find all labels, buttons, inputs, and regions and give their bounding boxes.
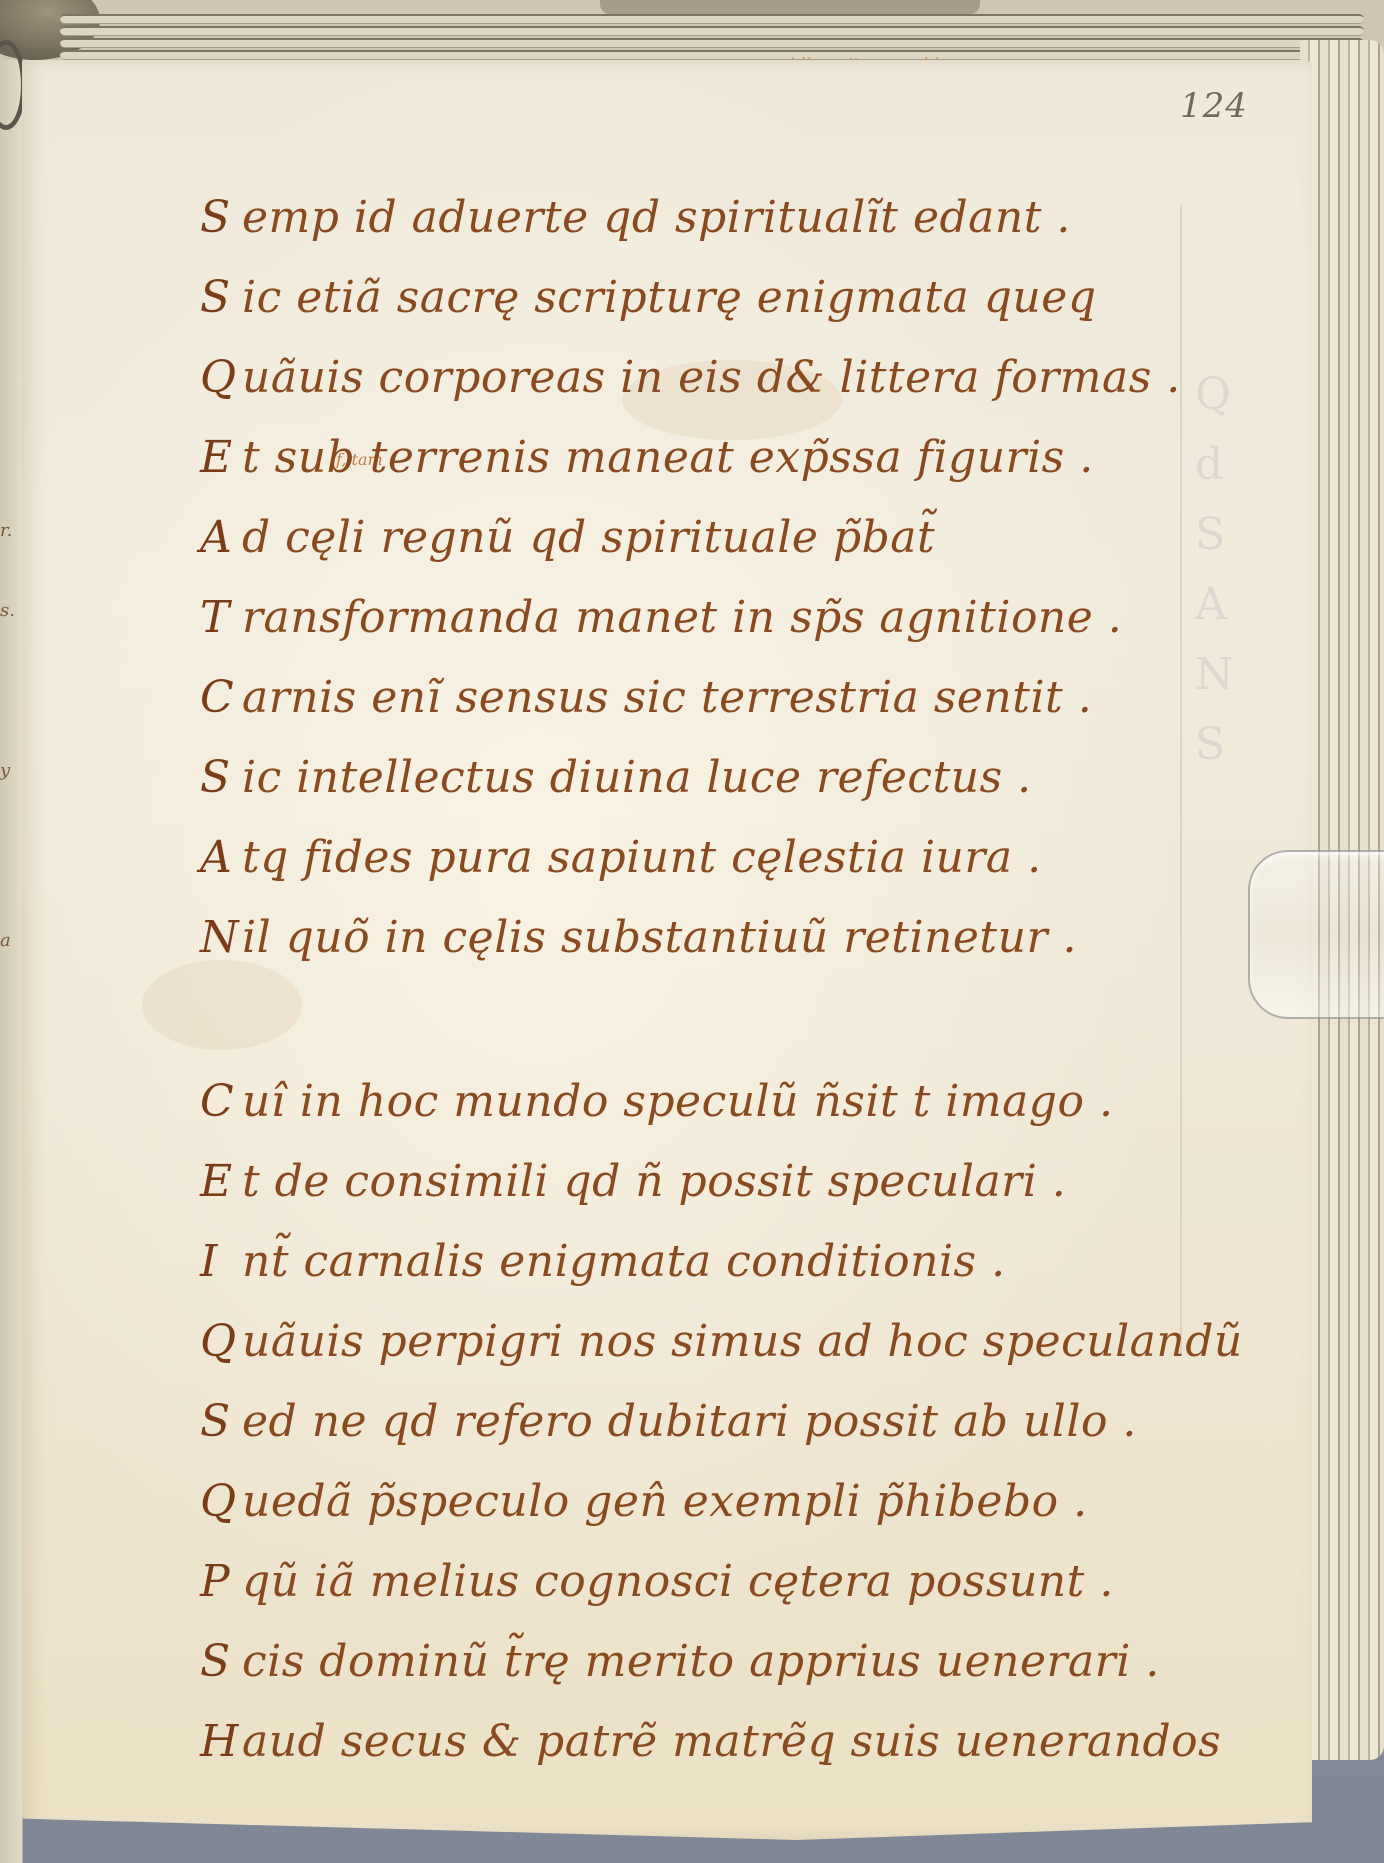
line-text: tq̧ fides pura sapiunt cęlestia iura . [242,832,1042,883]
verse-line: Cuî in hoc mundo speculũ ñsit t imago… [200,1062,1250,1142]
line-initial: Q [200,1302,230,1382]
book-binding: l lber vit sen... vl lep [0,0,1384,70]
line-initial: H [200,1702,230,1782]
line-text: t sub terrenis maneat exp̃ssa figuris . [242,432,1094,483]
line-text: arnis enĩ sensus sic terrestria sentit … [242,672,1092,723]
line-text: t de consimili qd ñ possit speculari . [242,1156,1066,1207]
line-text: ic etiã sacrę scripturę enigmata queq̧ [242,272,1096,323]
verse-line: Nil quõ in cęlis substantiuũ retinetur… [200,898,1250,978]
line-initial: S [200,258,230,338]
line-initial: A [200,498,230,578]
verse-line: Haud secus & patrẽ matrẽq̧ suis uenera… [200,1702,1250,1782]
line-initial: I [200,1222,230,1302]
line-initial: S [200,738,230,818]
line-initial: T [200,578,230,658]
page-clip-tab [1248,850,1384,1019]
line-initial: S [200,1382,230,1462]
line-text: uãuis perpigri nos simus ad hoc specula… [242,1316,1243,1367]
gathering-fold [60,14,1364,24]
verse-line: Sic intellectus diuina luce refectus . [200,738,1250,818]
line-text: d cęli regnũ qd spirituale p̃bat̃ [242,512,935,563]
gathering-fold [60,38,1364,48]
verse-line: Ad cęli regnũ qd spirituale p̃bat̃ [200,498,1250,578]
line-text: uedã p̃speculo gen̂ exempli p̃hibebo . [242,1476,1088,1527]
line-initial: C [200,658,230,738]
binding-thread [600,0,980,14]
verse-line: Carnis enĩ sensus sic terrestria sentit… [200,658,1250,738]
verse-text: Semp id aduerte qd spiritualĩt edant . … [200,178,1250,1782]
line-initial: Q [200,338,230,418]
verse-line: Sic etiã sacrę scripturę enigmata queq̧ [200,258,1250,338]
line-text: il quõ in cęlis substantiuũ retinetur … [242,912,1077,963]
line-initial: S [200,178,230,258]
verse-line: Atq̧ fides pura sapiunt cęlestia iura . [200,818,1250,898]
stanza-break [200,978,1250,1062]
line-initial: A [200,818,230,898]
verse-line: Quãuis perpigri nos simus ad hoc specul… [200,1302,1250,1382]
line-initial: E [200,418,230,498]
line-text: ic intellectus diuina luce refectus . [242,752,1032,803]
line-initial: E [200,1142,230,1222]
line-text: cis dominũ t̃rę merito apprius uenerari… [242,1636,1160,1687]
line-initial: N [200,898,230,978]
line-text: uî in hoc mundo speculũ ñsit t imago … [242,1076,1113,1127]
margin-note: y [0,760,10,781]
verse-line: Scis dominũ t̃rę merito apprius uenerar… [200,1622,1250,1702]
verse-line: Transformanda manet in sp̃s agnitione . [200,578,1250,658]
margin-note: s. [0,600,15,621]
verse-line: Pqũ iã melius cognosci cętera possunt … [200,1542,1250,1622]
verse-line: Sed ne qd refero dubitari possit ab ullo… [200,1382,1250,1462]
gathering-fold [60,26,1364,36]
folio-number: 124 [1180,86,1248,126]
stanza-1: Semp id aduerte qd spiritualĩt edant . … [200,178,1250,978]
line-text: uãuis corporeas in eis d& littera forma… [242,352,1181,403]
stanza-2: Cuî in hoc mundo speculũ ñsit t imago… [200,1062,1250,1782]
verse-line: Int̃ carnalis enigmata conditionis . [200,1222,1250,1302]
line-text: ransformanda manet in sp̃s agnitione . [242,592,1122,643]
line-initial: S [200,1622,230,1702]
margin-note: r. [0,520,12,541]
line-initial: P [200,1542,230,1622]
line-text: ed ne qd refero dubitari possit ab ullo … [242,1396,1137,1447]
verse-line: Semp id aduerte qd spiritualĩt edant . [200,178,1250,258]
verse-line: Et sub terrenis maneat exp̃ssa figuris . [200,418,1250,498]
line-text: qũ iã melius cognosci cętera possunt . [242,1556,1114,1607]
previous-page-edge: r. s. y a [0,60,23,1863]
verse-line: Quãuis corporeas in eis d& littera form… [200,338,1250,418]
line-text: nt̃ carnalis enigmata conditionis . [242,1236,1006,1287]
margin-note: a [0,930,11,951]
verse-line: Quedã p̃speculo gen̂ exempli p̃hibebo . [200,1462,1250,1542]
line-text: aud secus & patrẽ matrẽq̧ suis ueneran… [242,1716,1221,1767]
verse-line: Et de consimili qd ñ possit speculari . [200,1142,1250,1222]
gathering-fold [60,50,1364,60]
line-initial: Q [200,1462,230,1542]
line-initial: C [200,1062,230,1142]
line-text: emp id aduerte qd spiritualĩt edant . [242,192,1071,243]
